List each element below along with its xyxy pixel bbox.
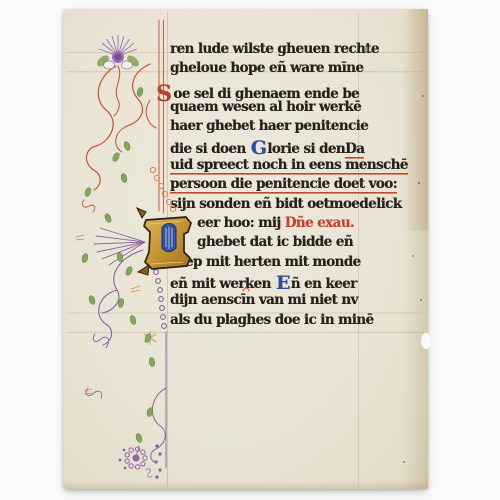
text-segment: ghebet dat ic bidde eñ — [197, 234, 353, 250]
text-segment: ren lude wilste gheuen rechte — [170, 41, 379, 57]
text-segment: eer hoo: mij — [197, 215, 285, 231]
text-segment: gheloue hope eñ ware mīne — [170, 60, 363, 76]
lombard-initial: S — [156, 83, 173, 105]
manuscript-text-line: ren lude wilste gheuen rechte — [170, 41, 362, 60]
manuscript-text-line: sijn sonden eñ bidt oetmoedelick — [170, 196, 362, 215]
manuscript-text-line: die si doen Glorie si denDa — [170, 138, 362, 157]
manuscript-text-line: eñ mit werken Eñ en keer — [170, 273, 362, 292]
manuscript-text-line: gheloue hope eñ ware mīne — [170, 60, 362, 79]
text-segment: die si doen — [170, 141, 250, 157]
text-segment: roep mit herten mit monde — [170, 254, 361, 270]
text-segment: lorie si den — [267, 141, 345, 157]
lombard-initial: E — [275, 274, 291, 293]
text-segment: Dñe exau. — [285, 215, 354, 231]
manuscript-text-line: persoon die penitencie doet voo: — [170, 176, 362, 195]
manuscript-text-line: haer ghebet haer penitencie — [170, 118, 362, 137]
text-segment: eñ mit werken — [170, 276, 275, 292]
lombard-initial: G — [250, 139, 268, 158]
text-segment: uid spreect noch in eens menschē — [170, 157, 408, 173]
manuscript-text-line: roep mit herten mit monde — [170, 254, 362, 273]
text-segment: persoon die penitencie doet voo: — [170, 176, 397, 192]
manuscript-text-line: als du plaghes doe ic in minē — [170, 312, 362, 331]
text-segment: als du plaghes doe ic in minē — [170, 312, 373, 328]
manuscript-text-line: quaem wesen al hoir werkē — [170, 99, 362, 118]
manuscript-text-line: uid spreect noch in eens menschē — [170, 157, 362, 176]
text-segment: haer ghebet haer penitencie — [170, 118, 368, 134]
text-segment: ñ en keer — [291, 276, 357, 292]
text-segment: Da — [345, 141, 364, 157]
parchment-corner-stain — [402, 9, 428, 230]
manuscript-text-line: eer hoo: mij Dñe exau. — [170, 215, 362, 234]
parchment-bottom-stain — [63, 481, 428, 489]
manuscript-text-line: dijn aenscīn van mi niet nv — [170, 292, 362, 311]
text-segment: quaem wesen al hoir werkē — [170, 99, 361, 115]
text-segment: sijn sonden eñ bidt oetmoedelick — [170, 196, 402, 212]
manuscript-text-line: ghebet dat ic bidde eñ — [170, 234, 362, 253]
manuscript-text-line: Soe sel di ghenaem ende be — [170, 80, 362, 99]
text-block: ren lude wilste gheuen rechtegheloue hop… — [170, 41, 362, 331]
photo-background: ren lude wilste gheuen rechtegheloue hop… — [0, 0, 500, 500]
text-segment: dijn aenscīn van mi niet nv — [170, 292, 358, 308]
